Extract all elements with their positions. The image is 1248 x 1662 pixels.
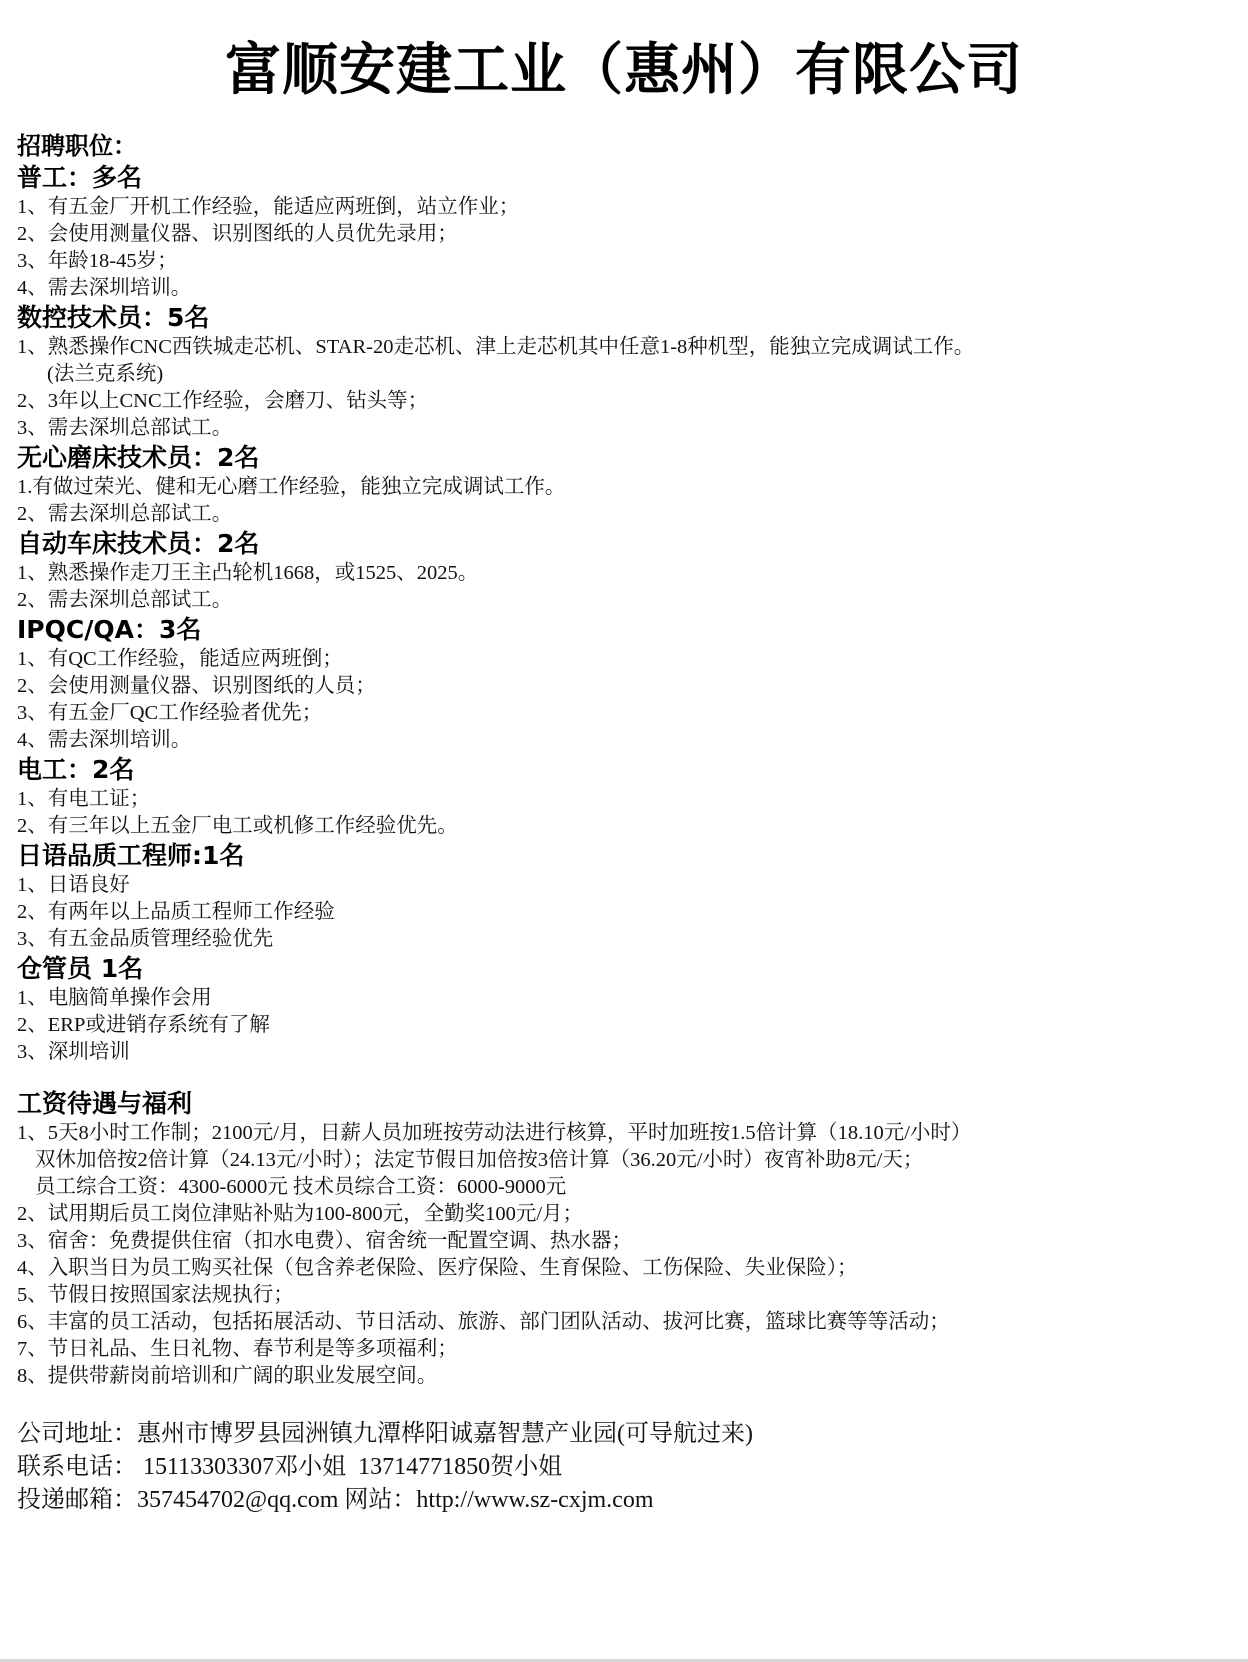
- job-requirement: 2、3年以上CNC工作经验，会磨刀、钻头等；: [17, 388, 1237, 415]
- job-requirement: 3、有五金品质管理经验优先: [17, 926, 1237, 953]
- benefit-item: 8、提供带薪岗前培训和广阔的职业发展空间。: [17, 1363, 1237, 1390]
- benefits-heading: 工资待遇与福利: [17, 1088, 1237, 1120]
- email-value: 357454702@qq.com: [137, 1487, 338, 1513]
- job-requirement: 4、需去深圳培训。: [17, 727, 1237, 754]
- job-requirement: 1、有QC工作经验，能适应两班倒；: [17, 646, 1237, 673]
- job-requirement: 2、会使用测量仪器、识别图纸的人员；: [17, 673, 1237, 700]
- job-requirement: 1、有电工证；: [17, 786, 1237, 813]
- phone-numbers: 15113303307邓小姐 13714771850贺小姐: [137, 1454, 562, 1480]
- job-requirement-continuation: (法兰克系统): [17, 361, 1237, 388]
- address-value: 惠州市博罗县园洲镇九潭桦阳诚嘉智慧产业园(可导航过来): [137, 1421, 753, 1447]
- job-requirement: 3、年龄18-45岁；: [17, 248, 1237, 275]
- contact-section: 公司地址：惠州市博罗县园洲镇九潭桦阳诚嘉智慧产业园(可导航过来) 联系电话： 1…: [17, 1418, 1237, 1517]
- email-label: 投递邮箱：: [17, 1487, 137, 1513]
- job-section-japanese-quality-engineer: 日语品质工程师:1名 1、日语良好 2、有两年以上品质工程师工作经验 3、有五金…: [17, 840, 1237, 953]
- spacer: [17, 1390, 1237, 1418]
- job-title: 仓管员 1名: [17, 953, 1237, 985]
- address-label: 公司地址：: [17, 1421, 137, 1447]
- job-requirement: 1、有五金厂开机工作经验，能适应两班倒，站立作业；: [17, 194, 1237, 221]
- job-section-electrician: 电工：2名 1、有电工证； 2、有三年以上五金厂电工或机修工作经验优先。: [17, 754, 1237, 840]
- job-requirement: 2、需去深圳总部试工。: [17, 587, 1237, 614]
- recruit-heading: 招聘职位：: [17, 130, 1237, 162]
- phone-line: 联系电话： 15113303307邓小姐 13714771850贺小姐: [17, 1451, 1237, 1484]
- job-requirement: 2、会使用测量仪器、识别图纸的人员优先录用；: [17, 221, 1237, 248]
- job-title: 普工：多名: [17, 162, 1237, 194]
- benefit-item-continuation: 双休加倍按2倍计算（24.13元/小时）；法定节假日加倍按3倍计算（36.20元…: [17, 1147, 1237, 1174]
- benefit-item: 6、丰富的员工活动，包括拓展活动、节日活动、旅游、部门团队活动、拔河比赛，篮球比…: [17, 1309, 1237, 1336]
- job-title: 自动车床技术员：2名: [17, 528, 1237, 560]
- job-requirement: 3、需去深圳总部试工。: [17, 415, 1237, 442]
- job-section-centerless-grinder-technician: 无心磨床技术员：2名 1.有做过荣光、健和无心磨工作经验，能独立完成调试工作。 …: [17, 442, 1237, 528]
- job-requirement: 1、熟悉操作走刀王主凸轮机1668，或1525、2025。: [17, 560, 1237, 587]
- job-requirement: 1.有做过荣光、健和无心磨工作经验，能独立完成调试工作。: [17, 474, 1237, 501]
- job-requirement: 1、熟悉操作CNC西铁城走芯机、STAR-20走芯机、津上走芯机其中任意1-8种…: [17, 334, 1237, 361]
- phone-label: 联系电话：: [17, 1454, 137, 1480]
- job-requirement: 1、电脑简单操作会用: [17, 985, 1237, 1012]
- job-requirement: 3、深圳培训: [17, 1039, 1237, 1066]
- job-title: 数控技术员：5名: [17, 302, 1237, 334]
- benefit-item: 7、节日礼品、生日礼物、春节利是等多项福利；: [17, 1336, 1237, 1363]
- job-title: IPQC/QA：3名: [17, 614, 1237, 646]
- job-section-cnc-technician: 数控技术员：5名 1、熟悉操作CNC西铁城走芯机、STAR-20走芯机、津上走芯…: [17, 302, 1237, 442]
- job-title: 日语品质工程师:1名: [17, 840, 1237, 872]
- website-value: http://www.sz-cxjm.com: [416, 1487, 653, 1513]
- job-requirement: 2、有两年以上品质工程师工作经验: [17, 899, 1237, 926]
- job-section-ipqc-qa: IPQC/QA：3名 1、有QC工作经验，能适应两班倒； 2、会使用测量仪器、识…: [17, 614, 1237, 754]
- benefit-item: 2、试用期后员工岗位津贴补贴为100-800元，全勤奖100元/月；: [17, 1201, 1237, 1228]
- job-requirement: 2、ERP或进销存系统有了解: [17, 1012, 1237, 1039]
- job-section-warehouse-keeper: 仓管员 1名 1、电脑简单操作会用 2、ERP或进销存系统有了解 3、深圳培训: [17, 953, 1237, 1066]
- job-title: 无心磨床技术员：2名: [17, 442, 1237, 474]
- poster-content: 招聘职位： 普工：多名 1、有五金厂开机工作经验，能适应两班倒，站立作业； 2、…: [17, 130, 1237, 1517]
- job-title: 电工：2名: [17, 754, 1237, 786]
- job-requirement: 1、日语良好: [17, 872, 1237, 899]
- benefit-item: 5、节假日按照国家法规执行；: [17, 1282, 1237, 1309]
- company-title: 富顺安建工业（惠州）有限公司: [0, 38, 1248, 104]
- benefit-item: 3、宿舍：免费提供住宿（扣水电费）、宿舍统一配置空调、热水器；: [17, 1228, 1237, 1255]
- benefit-item-continuation: 员工综合工资：4300-6000元 技术员综合工资：6000-9000元: [17, 1174, 1237, 1201]
- job-requirement: 3、有五金厂QC工作经验者优先；: [17, 700, 1237, 727]
- benefit-item: 4、入职当日为员工购买社保（包含养老保险、医疗保险、生育保险、工伤保险、失业保险…: [17, 1255, 1237, 1282]
- spacer: [17, 1066, 1237, 1088]
- benefit-item: 1、5天8小时工作制；2100元/月，日薪人员加班按劳动法进行核算，平时加班按1…: [17, 1120, 1237, 1147]
- job-requirement: 2、有三年以上五金厂电工或机修工作经验优先。: [17, 813, 1237, 840]
- job-section-auto-lathe-technician: 自动车床技术员：2名 1、熟悉操作走刀王主凸轮机1668，或1525、2025。…: [17, 528, 1237, 614]
- website-label: 网站：: [338, 1487, 416, 1513]
- job-requirement: 2、需去深圳总部试工。: [17, 501, 1237, 528]
- address-line: 公司地址：惠州市博罗县园洲镇九潭桦阳诚嘉智慧产业园(可导航过来): [17, 1418, 1237, 1451]
- job-requirement: 4、需去深圳培训。: [17, 275, 1237, 302]
- email-line: 投递邮箱：357454702@qq.com 网站：http://www.sz-c…: [17, 1484, 1237, 1517]
- recruitment-poster: 富顺安建工业（惠州）有限公司 招聘职位： 普工：多名 1、有五金厂开机工作经验，…: [0, 0, 1248, 1662]
- benefits-section: 工资待遇与福利 1、5天8小时工作制；2100元/月，日薪人员加班按劳动法进行核…: [17, 1088, 1237, 1390]
- job-section-general-worker: 普工：多名 1、有五金厂开机工作经验，能适应两班倒，站立作业； 2、会使用测量仪…: [17, 162, 1237, 302]
